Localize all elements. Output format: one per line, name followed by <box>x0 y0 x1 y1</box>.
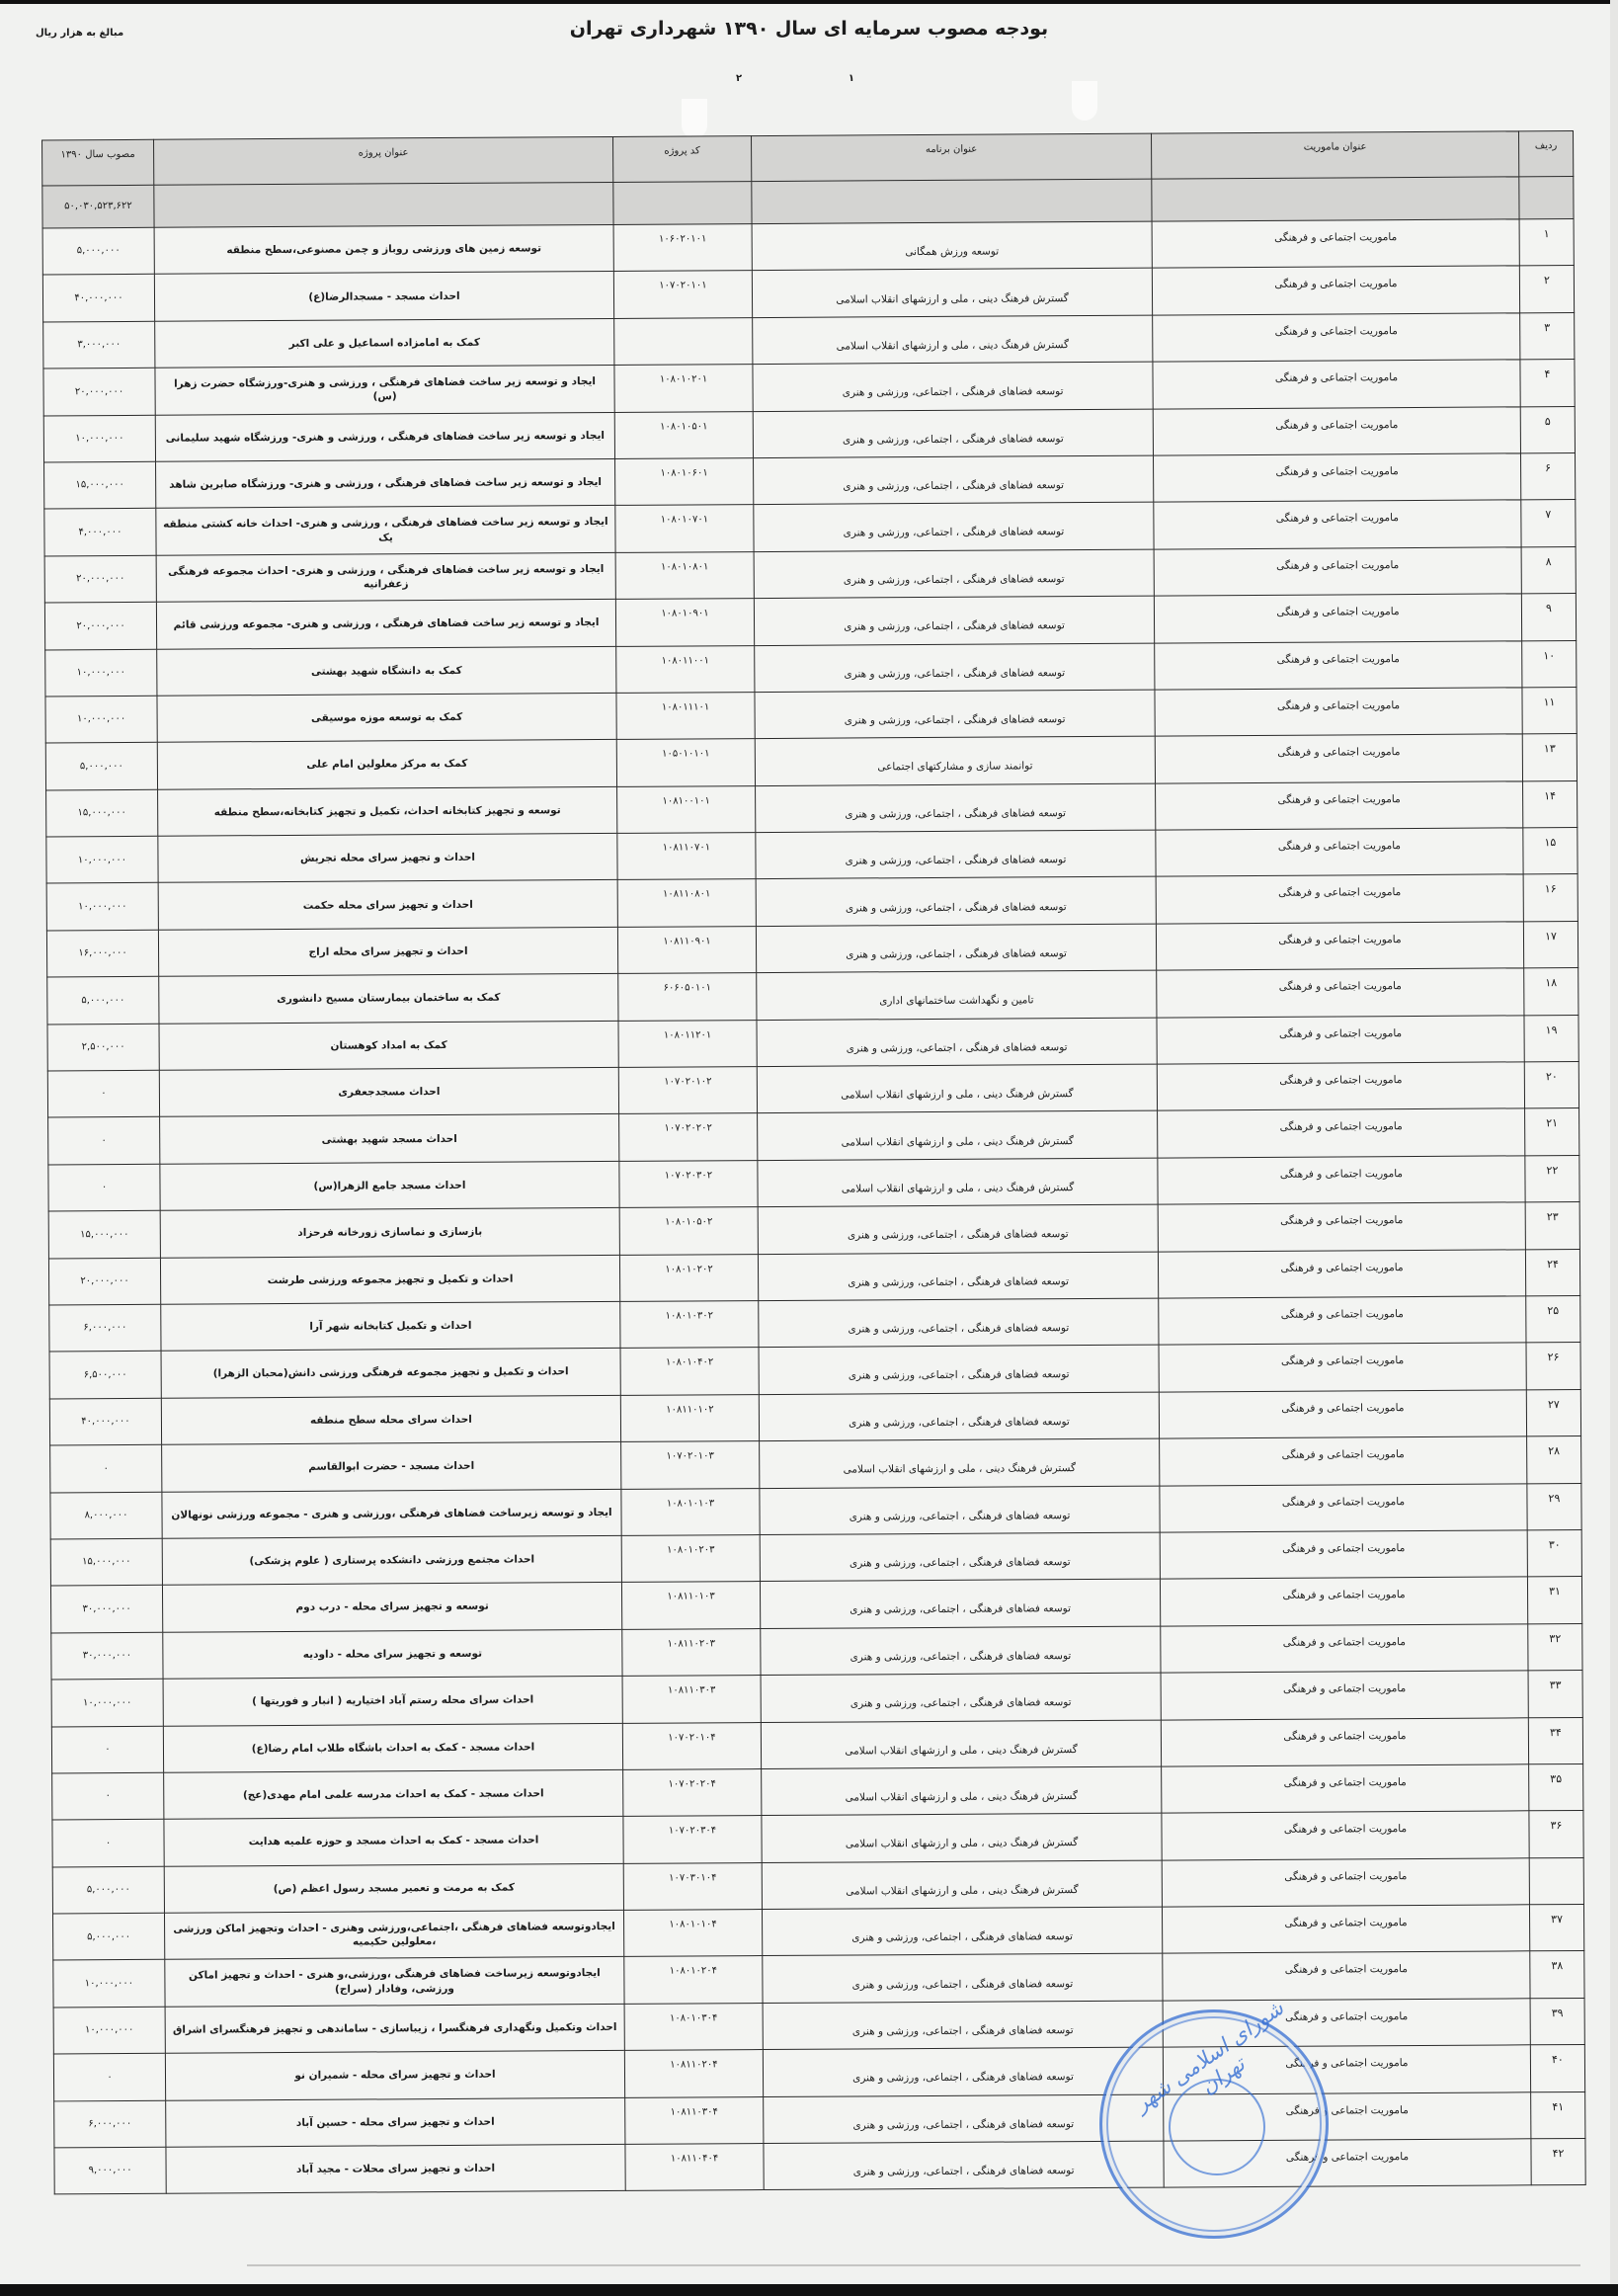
row-project-code: ۱۰۸۰۱۰۲۰۱ <box>614 365 753 412</box>
row-index: ۱۵ <box>1523 828 1578 875</box>
page-mark: ۲ <box>736 73 742 84</box>
total-program <box>752 179 1152 223</box>
row-approved-amount: ۱۰,۰۰۰,۰۰۰ <box>46 836 158 883</box>
row-project-title: ایجاد و توسعه زیر ساخت فضاهای فرهنگی ، و… <box>155 412 614 461</box>
row-approved-amount: ۲۰,۰۰۰,۰۰۰ <box>43 368 155 415</box>
row-index: ۳۸ <box>1530 1951 1584 1999</box>
row-approved-amount: ۳۰,۰۰۰,۰۰۰ <box>51 1632 163 1680</box>
row-project-code: ۱۰۷۰۲۰۱۰۳ <box>621 1441 760 1489</box>
row-index: ۱۷ <box>1523 921 1578 968</box>
row-program: گسترش فرهنگ دینی ، ملی و ارزشهای انقلاب … <box>761 1720 1161 1769</box>
row-mission: ماموریت اجتماعی و فرهنگی <box>1160 1530 1527 1580</box>
row-project-code: ۱۰۸۰۱۰۲۰۳ <box>621 1534 760 1582</box>
row-project-title: احداث سرای محله رستم آباد اختیاریه ( انب… <box>163 1677 622 1726</box>
row-approved-amount: ۱۰,۰۰۰,۰۰۰ <box>46 883 158 931</box>
row-mission: ماموریت اجتماعی و فرهنگی <box>1153 406 1520 455</box>
total-amount: ۵۰,۰۳۰,۵۲۳,۶۲۲ <box>42 185 154 228</box>
row-project-code: ۱۰۶۰۲۰۱۰۱ <box>613 224 752 272</box>
row-mission: ماموریت اجتماعی و فرهنگی <box>1157 968 1524 1018</box>
row-project-title: احداث و تجهیز سرای محله حکمت <box>158 880 617 930</box>
header-index: ردیف <box>1519 131 1574 177</box>
row-project-code: ۱۰۸۱۱۰۳۰۴ <box>625 2096 764 2144</box>
row-project-code: ۱۰۸۰۱۰۵۰۱ <box>614 411 753 458</box>
row-project-code: ۱۰۸۰۱۰۸۰۱ <box>615 551 754 599</box>
row-project-code: ۱۰۸۱۱۰۷۰۱ <box>617 833 756 880</box>
row-project-title: کمک به توسعه موزه موسیقی <box>157 693 616 742</box>
row-project-code: ۱۰۸۰۱۱۲۰۱ <box>618 1020 757 1067</box>
row-project-title: احداث مسجد جامع الزهرا(س) <box>160 1161 619 1210</box>
row-program: توسعه فضاهای فرهنگی ، اجتماعی، ورزشی و ه… <box>754 502 1154 551</box>
row-approved-amount: ۲۰,۰۰۰,۰۰۰ <box>44 602 156 649</box>
row-approved-amount: ۲۰,۰۰۰,۰۰۰ <box>48 1258 160 1305</box>
row-mission: ماموریت اجتماعی و فرهنگی <box>1156 922 1523 971</box>
row-project-code: ۱۰۸۰۱۰۱۰۳ <box>621 1488 760 1535</box>
row-program: توسعه فضاهای فرهنگی ، اجتماعی، ورزشی و ه… <box>761 1626 1161 1676</box>
row-project-title: احداث مسجدجعفری <box>159 1067 618 1116</box>
row-approved-amount: ۶,۰۰۰,۰۰۰ <box>54 2100 166 2148</box>
row-approved-amount: ۴,۰۰۰,۰۰۰ <box>44 509 156 556</box>
row-program: توسعه فضاهای فرهنگی ، اجتماعی، ورزشی و ه… <box>760 1532 1160 1582</box>
row-project-title: احداث مسجد - کمک به احداث مدرسه علمی اما… <box>164 1769 623 1819</box>
row-mission: ماموریت اجتماعی و فرهنگی <box>1156 781 1523 831</box>
row-project-title: ایجاد و توسعه زیر ساخت فضاهای فرهنگی ، و… <box>156 600 615 649</box>
row-project-code: ۱۰۷۰۲۰۳۰۴ <box>623 1816 762 1863</box>
row-project-title: ایجاد و توسعه زیر ساخت فضاهای فرهنگی ، و… <box>155 366 614 415</box>
row-index: ۲۱ <box>1525 1108 1579 1156</box>
row-approved-amount: ۵,۰۰۰,۰۰۰ <box>52 1866 164 1914</box>
row-index: ۲۰ <box>1524 1062 1578 1109</box>
row-project-code: ۱۰۸۱۱۰۴۰۴ <box>625 2144 764 2191</box>
row-project-title: احداث سرای محله سطح منطقه <box>161 1395 620 1444</box>
row-program: توسعه فضاهای فرهنگی ، اجتماعی، ورزشی و ه… <box>755 690 1155 739</box>
row-project-title: احداث و تجهیز سرای محله اراج <box>158 927 617 976</box>
row-mission: ماموریت اجتماعی و فرهنگی <box>1162 1764 1529 1814</box>
row-program: توسعه فضاهای فرهنگی ، اجتماعی، ورزشی و ه… <box>753 409 1153 458</box>
row-program: گسترش فرهنگ دینی ، ملی و ارزشهای انقلاب … <box>758 1111 1158 1161</box>
row-mission: ماموریت اجتماعی و فرهنگی <box>1154 453 1521 503</box>
row-approved-amount: ۰ <box>52 1820 164 1867</box>
row-mission: ماموریت اجتماعی و فرهنگی <box>1156 828 1523 877</box>
row-mission: ماموریت اجتماعی و فرهنگی <box>1157 1015 1524 1064</box>
row-index: ۴ <box>1520 360 1575 407</box>
row-project-title: ایجاد و توسعه زیر ساخت فضاهای فرهنگی ، و… <box>156 506 615 555</box>
row-program: توسعه فضاهای فرهنگی ، اجتماعی، ورزشی و ه… <box>756 877 1156 927</box>
row-approved-amount: ۱۰,۰۰۰,۰۰۰ <box>53 2007 165 2054</box>
row-program: گسترش فرهنگ دینی ، ملی و ارزشهای انقلاب … <box>762 1766 1162 1816</box>
row-approved-amount: ۵,۰۰۰,۰۰۰ <box>47 977 159 1025</box>
row-project-title: احداث مسجد - کمک به احداث مسجد و حوزه عل… <box>164 1817 623 1866</box>
row-project-code: ۱۰۷۰۲۰۳۰۲ <box>619 1160 758 1207</box>
row-project-code: ۱۰۷۰۲۰۱۰۴ <box>622 1722 761 1769</box>
row-project-title: احداث و تکمیل کتابخانه شهر آرا <box>161 1301 620 1351</box>
row-project-title: توسعه و تجهیز سرای محله - درب دوم <box>162 1583 621 1632</box>
row-index: ۱۳ <box>1522 734 1577 781</box>
row-mission: ماموریت اجتماعی و فرهنگی <box>1157 1062 1524 1111</box>
row-program: توسعه فضاهای فرهنگی ، اجتماعی، ورزشی و ه… <box>764 2141 1164 2190</box>
row-program: گسترش فرهنگ دینی ، ملی و ارزشهای انقلاب … <box>762 1813 1162 1862</box>
row-program: گسترش فرهنگ دینی ، ملی و ارزشهای انقلاب … <box>760 1438 1160 1488</box>
row-program: توسعه فضاهای فرهنگی ، اجتماعی، ورزشی و ه… <box>754 549 1154 599</box>
row-program: توسعه فضاهای فرهنگی ، اجتماعی، ورزشی و ه… <box>756 830 1156 879</box>
punch-hole <box>1072 81 1097 121</box>
page-marks: ۲ ۱ <box>736 73 854 84</box>
row-program: گسترش فرهنگ دینی ، ملی و ارزشهای انقلاب … <box>752 268 1152 317</box>
header-project: عنوان پروژه <box>154 136 613 185</box>
row-project-code: ۱۰۸۰۱۰۴۰۲ <box>620 1348 759 1395</box>
row-index: ۲۹ <box>1527 1483 1581 1530</box>
row-approved-amount: ۱۰,۰۰۰,۰۰۰ <box>45 696 157 743</box>
row-project-title: احداث مجتمع ورزشی دانشکده پرستاری ( علوم… <box>162 1535 621 1585</box>
row-project-code: ۱۰۸۱۱۰۳۰۳ <box>622 1676 761 1723</box>
row-approved-amount: ۱۰,۰۰۰,۰۰۰ <box>43 415 155 462</box>
row-approved-amount: ۶,۰۰۰,۰۰۰ <box>49 1304 161 1352</box>
row-index: ۲۴ <box>1525 1249 1579 1296</box>
row-program: توسعه فضاهای فرهنگی ، اجتماعی، ورزشی و ه… <box>760 1579 1160 1628</box>
row-program: توسعه فضاهای فرهنگی ، اجتماعی، ورزشی و ه… <box>758 1204 1158 1254</box>
row-project-title: احداث مسجد - مسجدالرضا(ع) <box>154 272 613 321</box>
row-project-title: کمک به امامزاده اسماعیل و علی اکبر <box>155 318 614 368</box>
row-approved-amount: ۰ <box>50 1444 162 1492</box>
row-program: توسعه فضاهای فرهنگی ، اجتماعی، ورزشی و ه… <box>754 596 1154 645</box>
row-mission: ماموریت اجتماعی و فرهنگی <box>1158 1108 1525 1158</box>
row-project-title: ایجاد و توسعه زیرساخت فضاهای فرهنگی ،ورز… <box>162 1489 621 1538</box>
row-mission: ماموریت اجتماعی و فرهنگی <box>1164 2091 1531 2141</box>
row-mission: ماموریت اجتماعی و فرهنگی <box>1161 1624 1528 1674</box>
row-approved-amount: ۱۶,۰۰۰,۰۰۰ <box>46 930 158 977</box>
row-mission: ماموریت اجتماعی و فرهنگی <box>1163 1951 1530 2001</box>
row-project-code: ۱۰۸۰۱۰۵۰۲ <box>619 1207 758 1255</box>
page-edge <box>1610 0 1618 2296</box>
row-approved-amount: ۴۰,۰۰۰,۰۰۰ <box>42 275 154 322</box>
row-project-code <box>614 317 753 365</box>
row-mission: ماموریت اجتماعی و فرهنگی <box>1153 313 1520 363</box>
row-index: ۳۴ <box>1528 1717 1582 1764</box>
row-approved-amount: ۱۰,۰۰۰,۰۰۰ <box>51 1679 163 1726</box>
total-project <box>154 182 613 227</box>
row-project-title: توسعه و تجهیز سرای محله - داودیه <box>163 1629 622 1679</box>
row-program: توسعه فضاهای فرهنگی ، اجتماعی، ورزشی و ه… <box>763 1954 1163 2004</box>
row-program: توسعه فضاهای فرهنگی ، اجتماعی، ورزشی و ه… <box>753 362 1153 411</box>
row-program: توسعه فضاهای فرهنگی ، اجتماعی، ورزشی و ه… <box>754 455 1154 505</box>
row-index: ۲۲ <box>1525 1155 1579 1202</box>
row-mission: ماموریت اجتماعی و فرهنگی <box>1159 1296 1526 1346</box>
row-project-title: احداث مسجد شهید بهشتی <box>160 1114 619 1164</box>
row-index: ۲۵ <box>1526 1295 1580 1343</box>
row-project-code: ۱۰۸۱۱۰۲۰۳ <box>622 1628 761 1676</box>
row-mission: ماموریت اجتماعی و فرهنگی <box>1160 1436 1527 1486</box>
row-project-code: ۱۰۸۱۱۰۲۰۴ <box>624 2050 763 2097</box>
row-approved-amount: ۰ <box>53 2053 165 2100</box>
row-mission: ماموریت اجتماعی و فرهنگی <box>1158 1202 1525 1252</box>
row-program: توسعه فضاهای فرهنگی ، اجتماعی، ورزشی و ه… <box>761 1673 1161 1722</box>
row-index: ۳۲ <box>1528 1623 1582 1671</box>
row-approved-amount: ۱۵,۰۰۰,۰۰۰ <box>46 789 158 837</box>
row-approved-amount: ۰ <box>48 1117 160 1165</box>
scan-artifact-line <box>247 2264 1580 2266</box>
row-mission: ماموریت اجتماعی و فرهنگی <box>1163 2045 1530 2094</box>
header-code: کد پروژه <box>613 136 752 183</box>
header-mission: عنوان ماموریت <box>1152 131 1519 179</box>
row-project-code: ۱۰۸۰۱۰۹۰۱ <box>615 599 754 646</box>
row-project-code: ۶۰۶۰۵۰۱۰۱ <box>618 973 757 1021</box>
row-index: ۲۶ <box>1526 1343 1580 1390</box>
row-program: توسعه فضاهای فرهنگی ، اجتماعی، ورزشی و ه… <box>755 643 1155 693</box>
row-index: ۴۰ <box>1530 2045 1584 2092</box>
row-project-code: ۱۰۸۱۱۰۱۰۲ <box>620 1394 759 1441</box>
row-project-code: ۱۰۸۰۱۰۳۰۲ <box>620 1301 759 1349</box>
row-approved-amount: ۶,۵۰۰,۰۰۰ <box>49 1352 161 1399</box>
row-project-code: ۱۰۷۰۲۰۱۰۲ <box>618 1067 757 1114</box>
unit-note: مبالغ به هزار ریال <box>36 28 123 39</box>
row-mission: ماموریت اجتماعی و فرهنگی <box>1160 1577 1527 1626</box>
row-project-title: احداث و تکمیل و تجهیز مجموعه ورزشی طرشت <box>160 1255 619 1304</box>
row-project-code: ۱۰۷۰۲۰۲۰۲ <box>619 1113 758 1161</box>
row-project-code: ۱۰۵۰۱۰۱۰۱ <box>616 739 755 786</box>
row-approved-amount: ۰ <box>51 1726 163 1773</box>
row-index: ۶ <box>1520 452 1575 500</box>
document-title: بودجه مصوب سرمایه ای سال ۱۳۹۰ شهرداری ته… <box>0 18 1618 40</box>
scan-bottom-border <box>0 2284 1618 2296</box>
row-approved-amount: ۰ <box>52 1772 164 1820</box>
row-program: توسعه فضاهای فرهنگی ، اجتماعی، ورزشی و ه… <box>760 1486 1160 1535</box>
row-project-code: ۱۰۸۱۱۰۸۰۱ <box>617 879 756 927</box>
row-program: گسترش فرهنگ دینی ، ملی و ارزشهای انقلاب … <box>758 1158 1158 1207</box>
row-project-title: احداث و تجهیز سرای محله - حسین آباد <box>166 2097 625 2147</box>
row-project-code: ۱۰۸۰۱۱۰۰۱ <box>616 645 755 693</box>
row-project-title: بازسازی و نماسازی زورخانه فرحزاد <box>160 1208 619 1258</box>
row-mission: ماموریت اجتماعی و فرهنگی <box>1162 1905 1529 1954</box>
row-approved-amount: ۱۵,۰۰۰,۰۰۰ <box>44 461 156 509</box>
row-index: ۸ <box>1521 546 1576 594</box>
row-project-title: احداث و تجهیز سرای محله تجریش <box>158 834 617 883</box>
row-index: ۱ <box>1519 219 1574 267</box>
row-project-code: ۱۰۸۰۱۰۳۰۴ <box>624 2003 763 2050</box>
row-index: ۳۱ <box>1527 1577 1581 1624</box>
row-index: ۱۹ <box>1524 1015 1578 1062</box>
header-amount: مصوب سال ۱۳۹۰ <box>42 139 154 186</box>
row-program: توسعه فضاهای فرهنگی ، اجتماعی، ورزشی و ه… <box>757 1018 1157 1067</box>
row-approved-amount: ۵,۰۰۰,۰۰۰ <box>42 227 154 275</box>
row-approved-amount: ۲۰,۰۰۰,۰۰۰ <box>44 555 156 603</box>
row-mission: ماموریت اجتماعی و فرهنگی <box>1162 1857 1529 1907</box>
row-index: ۱۰ <box>1522 640 1577 688</box>
row-index: ۱۱ <box>1522 687 1577 734</box>
row-mission: ماموریت اجتماعی و فرهنگی <box>1154 547 1521 597</box>
row-project-title: توسعه و تجهیز کتابخانه احداث، تکمیل و تج… <box>158 786 617 836</box>
scanned-page: بودجه مصوب سرمایه ای سال ۱۳۹۰ شهرداری ته… <box>0 4 1610 2284</box>
row-project-title: کمک به دانشگاه شهید بهشتی <box>157 646 616 696</box>
row-mission: ماموریت اجتماعی و فرهنگی <box>1162 1811 1529 1860</box>
table-row: ۴۲ماموریت اجتماعی و فرهنگیتوسعه فضاهای ف… <box>54 2138 1585 2194</box>
row-project-title: احداث مسجد - کمک به احداث باشگاه طلاب ام… <box>163 1723 622 1772</box>
row-index: ۲۷ <box>1526 1389 1580 1436</box>
row-index: ۱۴ <box>1523 780 1578 828</box>
budget-table: ردیف عنوان ماموریت عنوان برنامه کد پروژه… <box>41 130 1586 2195</box>
row-approved-amount: ۱۰,۰۰۰,۰۰۰ <box>53 1960 165 2008</box>
row-approved-amount: ۴۰,۰۰۰,۰۰۰ <box>49 1398 161 1445</box>
row-index: ۲ <box>1519 266 1574 313</box>
row-approved-amount: ۳۰,۰۰۰,۰۰۰ <box>50 1586 162 1633</box>
row-mission: ماموریت اجتماعی و فرهنگی <box>1152 219 1519 269</box>
row-mission: ماموریت اجتماعی و فرهنگی <box>1158 1249 1525 1298</box>
row-project-code: ۱۰۷۰۳۰۱۰۴ <box>623 1862 762 1910</box>
row-approved-amount: ۱۰,۰۰۰,۰۰۰ <box>45 649 157 697</box>
row-mission: ماموریت اجتماعی و فرهنگی <box>1161 1671 1528 1720</box>
row-index: ۵ <box>1520 406 1575 453</box>
row-index: ۳۰ <box>1527 1529 1581 1577</box>
row-project-code: ۱۰۸۰۱۰۲۰۲ <box>619 1254 758 1301</box>
row-project-title: احداث و تکمیل و تجهیز مجموعه فرهنگی ورزش… <box>161 1349 620 1398</box>
row-index: ۳ <box>1520 312 1575 360</box>
row-mission: ماموریت اجتماعی و فرهنگی <box>1154 594 1521 643</box>
row-mission: ماموریت اجتماعی و فرهنگی <box>1155 688 1522 737</box>
row-program: توانمند سازی و مشارکتهای اجتماعی <box>755 736 1155 785</box>
row-approved-amount: ۰ <box>48 1164 160 1211</box>
row-index: ۴۲ <box>1531 2138 1585 2185</box>
row-index: ۳۹ <box>1530 1998 1584 2045</box>
row-project-title: کمک به مرکز معلولین امام علی <box>157 740 616 789</box>
row-program: تامین و نگهداشت ساختمانهای اداری <box>757 970 1157 1020</box>
row-index: ۳۵ <box>1529 1763 1583 1811</box>
row-program: توسعه فضاهای فرهنگی ، اجتماعی، ورزشی و ه… <box>756 783 1156 833</box>
row-approved-amount: ۹,۰۰۰,۰۰۰ <box>54 2147 166 2194</box>
row-index: ۲۳ <box>1525 1202 1579 1250</box>
row-mission: ماموریت اجتماعی و فرهنگی <box>1163 1999 1530 2048</box>
row-project-code: ۱۰۸۰۱۰۱۰۴ <box>623 1910 762 1957</box>
row-project-code: ۱۰۸۰۱۱۱۰۱ <box>616 692 755 739</box>
row-program: توسعه فضاهای فرهنگی ، اجتماعی، ورزشی و ه… <box>758 1252 1158 1301</box>
row-project-title: احداث و تجهیز سرای محله - شمیران نو <box>165 2051 624 2100</box>
row-project-title: ایجاد و توسعه زیر ساخت فضاهای فرهنگی ، و… <box>156 458 615 508</box>
row-project-code: ۱۰۸۰۱۰۲۰۴ <box>624 1956 763 2004</box>
row-program: توسعه فضاهای فرهنگی ، اجتماعی، ورزشی و ه… <box>756 924 1156 973</box>
row-index: ۱۶ <box>1523 874 1578 922</box>
row-project-code: ۱۰۷۰۲۰۲۰۴ <box>623 1768 762 1816</box>
row-mission: ماموریت اجتماعی و فرهنگی <box>1158 1156 1525 1205</box>
row-index: ۳۳ <box>1528 1671 1582 1718</box>
row-index: ۲۸ <box>1527 1436 1581 1484</box>
row-project-title: ایجادوتوسعه زیرساخت فضاهای فرهنگی ،ورزشی… <box>165 1957 624 2007</box>
row-program: توسعه فضاهای فرهنگی ، اجتماعی، ورزشی و ه… <box>763 2047 1163 2096</box>
row-program: توسعه ورزش همگانی <box>752 221 1152 271</box>
row-mission: ماموریت اجتماعی و فرهنگی <box>1161 1717 1528 1766</box>
row-program: توسعه فضاهای فرهنگی ، اجتماعی، ورزشی و ه… <box>764 2094 1164 2144</box>
row-project-title: احداث مسجد - حضرت ابوالقاسم <box>162 1442 621 1492</box>
row-program: گسترش فرهنگ دینی ، ملی و ارزشهای انقلاب … <box>753 315 1153 365</box>
row-mission: ماموریت اجتماعی و فرهنگی <box>1159 1343 1526 1392</box>
row-program: توسعه فضاهای فرهنگی ، اجتماعی، ورزشی و ه… <box>763 2001 1163 2050</box>
row-project-title: احداث و تجهیز سرای محلات - مجید آباد <box>166 2144 625 2193</box>
row-project-code: ۱۰۸۱۰۰۱۰۱ <box>617 785 756 833</box>
row-approved-amount: ۱۵,۰۰۰,۰۰۰ <box>50 1538 162 1586</box>
row-project-code: ۱۰۸۱۱۰۹۰۱ <box>617 926 756 973</box>
total-code <box>613 182 752 225</box>
row-project-title: کمک به ساختمان بیمارستان مسیح دانشوری <box>159 974 618 1024</box>
row-project-title: کمک به امداد کوهستان <box>159 1021 618 1070</box>
row-project-code: ۱۰۸۱۱۰۱۰۳ <box>621 1582 760 1629</box>
row-mission: ماموریت اجتماعی و فرهنگی <box>1159 1390 1526 1439</box>
row-approved-amount: ۰ <box>47 1070 159 1117</box>
row-project-code: ۱۰۸۰۱۰۷۰۱ <box>615 505 754 552</box>
row-index: ۹ <box>1521 594 1576 641</box>
row-approved-amount: ۸,۰۰۰,۰۰۰ <box>50 1492 162 1539</box>
punch-hole <box>682 99 707 138</box>
row-index: ۷ <box>1521 500 1576 547</box>
row-mission: ماموریت اجتماعی و فرهنگی <box>1155 734 1522 783</box>
row-project-title: توسعه زمین های ورزشی روباز و چمن مصنوعی،… <box>154 224 613 274</box>
row-index: ۳۷ <box>1529 1905 1583 1952</box>
row-mission: ماموریت اجتماعی و فرهنگی <box>1154 500 1521 549</box>
row-project-code: ۱۰۸۰۱۰۶۰۱ <box>615 458 754 506</box>
total-index <box>1519 177 1574 219</box>
row-program: توسعه فضاهای فرهنگی ، اجتماعی، ورزشی و ه… <box>759 1392 1159 1441</box>
page-mark: ۱ <box>849 73 854 84</box>
row-mission: ماموریت اجتماعی و فرهنگی <box>1153 360 1520 409</box>
row-mission: ماموریت اجتماعی و فرهنگی <box>1155 640 1522 690</box>
row-program: گسترش فرهنگ دینی ، ملی و ارزشهای انقلاب … <box>757 1064 1157 1113</box>
row-project-title: کمک به مرمت و تعمیر مسجد رسول اعظم (ص) <box>164 1863 623 1913</box>
row-project-code: ۱۰۷۰۲۰۱۰۱ <box>613 271 752 318</box>
row-approved-amount: ۳,۰۰۰,۰۰۰ <box>43 321 155 369</box>
row-mission: ماموریت اجتماعی و فرهنگی <box>1152 266 1519 315</box>
row-mission: ماموریت اجتماعی و فرهنگی <box>1164 2139 1531 2188</box>
row-mission: ماموریت اجتماعی و فرهنگی <box>1160 1483 1527 1532</box>
row-approved-amount: ۵,۰۰۰,۰۰۰ <box>52 1913 164 1960</box>
row-index: ۳۶ <box>1529 1811 1583 1858</box>
row-program: توسعه فضاهای فرهنگی ، اجتماعی، ورزشی و ه… <box>759 1345 1159 1394</box>
row-project-title: احداث وتکمیل ونگهداری فرهنگسرا ، زیباساز… <box>165 2004 624 2053</box>
row-index: ۴۱ <box>1531 2091 1585 2139</box>
row-program: توسعه فضاهای فرهنگی ، اجتماعی، ورزشی و ه… <box>762 1907 1162 1956</box>
row-approved-amount: ۵,۰۰۰,۰۰۰ <box>45 743 157 790</box>
row-approved-amount: ۱۵,۰۰۰,۰۰۰ <box>48 1210 160 1258</box>
row-mission: ماموریت اجتماعی و فرهنگی <box>1156 874 1523 924</box>
row-program: توسعه فضاهای فرهنگی ، اجتماعی، ورزشی و ه… <box>759 1298 1159 1348</box>
row-index: ۱۸ <box>1524 968 1578 1016</box>
row-index <box>1529 1857 1583 1905</box>
row-approved-amount: ۲,۵۰۰,۰۰۰ <box>47 1024 159 1071</box>
row-project-title: ایجاد و توسعه زیر ساخت فضاهای فرهنگی ، و… <box>156 552 615 602</box>
row-program: گسترش فرهنگ دینی ، ملی و ارزشهای انقلاب … <box>762 1860 1162 1910</box>
total-mission <box>1152 177 1519 221</box>
header-program: عنوان برنامه <box>752 133 1152 181</box>
row-project-title: ایجادوتوسعه فضاهای فرهنگی ،اجتماعی،ورزشی… <box>164 1910 623 1959</box>
